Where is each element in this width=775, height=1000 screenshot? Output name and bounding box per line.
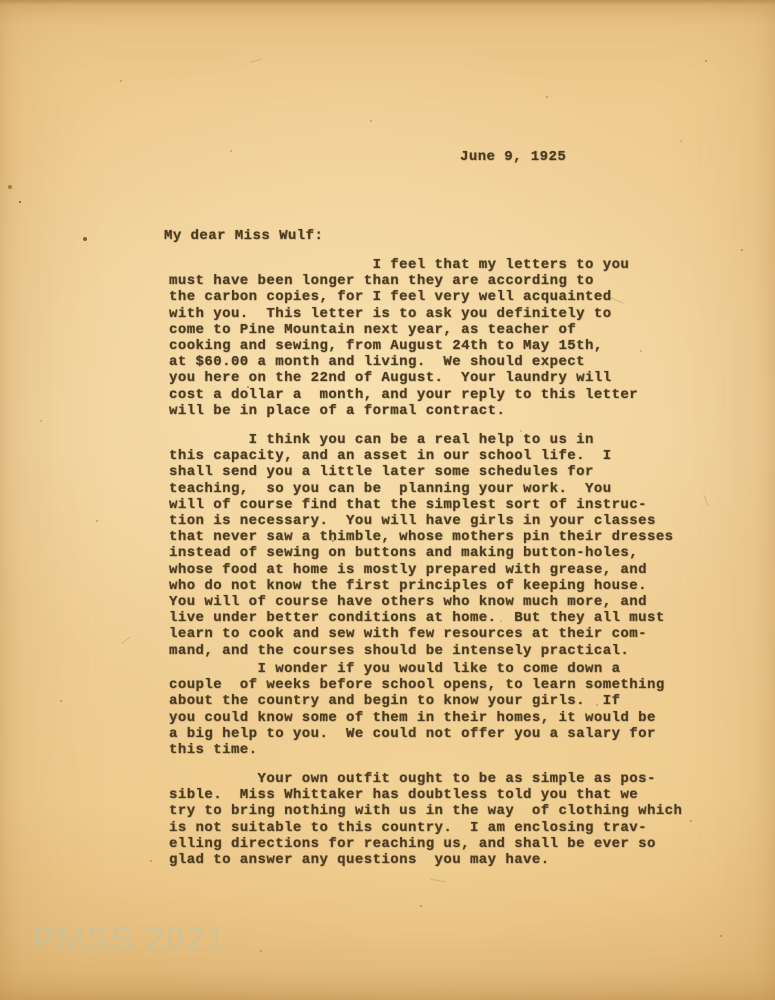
paper-speckles — [0, 0, 2, 2]
paper-fiber — [121, 637, 130, 645]
letter-salutation: My dear Miss Wulf: — [164, 228, 323, 244]
paper-fiber — [430, 879, 446, 883]
letter-paragraph-1: I feel that my letters to you must have … — [169, 257, 638, 419]
paper-fiber — [703, 495, 708, 507]
letter-paragraph-2: I think you can be a real help to us in … — [169, 432, 674, 659]
letter-paragraph-3: I wonder if you would like to come down … — [169, 661, 665, 758]
pmss-watermark: PMSS 2021 — [33, 920, 227, 958]
paper-fiber — [250, 58, 263, 62]
letter-date: June 9, 1925 — [460, 149, 566, 165]
letter-paragraph-4: Your own outfit ought to be as simple as… — [169, 771, 682, 868]
scanned-letter-page: June 9, 1925 My dear Miss Wulf: I feel t… — [0, 0, 775, 1000]
